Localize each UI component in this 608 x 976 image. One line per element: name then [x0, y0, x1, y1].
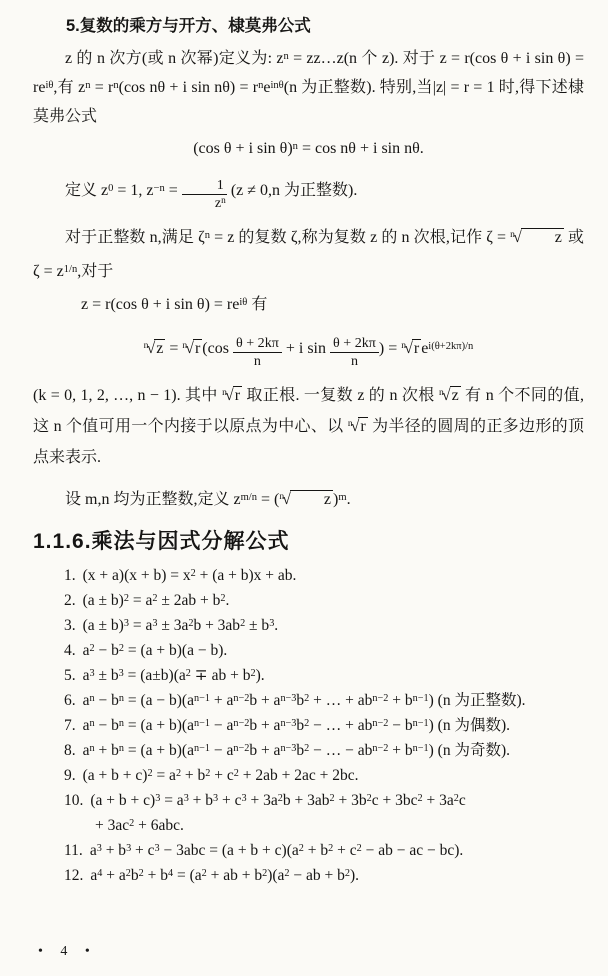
- item-number: 8.: [64, 742, 83, 759]
- item-number: 11.: [64, 842, 90, 859]
- page-number: • 4 •: [38, 944, 97, 960]
- item-number: 3.: [64, 617, 83, 634]
- item-formula: (a ± b)2 = a2 ± 2ab + b2.: [83, 592, 230, 609]
- item-number: 4.: [64, 642, 83, 659]
- item-formula: (x + a)(x + b) = x2 + (a + b)x + ab.: [83, 567, 297, 584]
- formula-item-1: 1.(x + a)(x + b) = x2 + (a + b)x + ab.: [33, 563, 584, 588]
- item-formula: (a ± b)3 = a3 ± 3a2b + 3ab2 ± b3.: [83, 617, 279, 634]
- formula-item-9: 9.(a + b + c)2 = a2 + b2 + c2 + 2ab + 2a…: [33, 763, 584, 788]
- item-number: 6.: [64, 692, 83, 709]
- formula-de-moivre: (cos θ + i sin θ)n = cos nθ + i sin nθ.: [33, 134, 584, 164]
- para-nth-root-definition: 对于正整数 n,满足 ζn = z 的复数 ζ,称为复数 z 的 n 次根,记作…: [33, 221, 584, 289]
- item-formula: (a + b + c)3 = a3 + b3 + c3 + 3a2b + 3ab…: [90, 792, 465, 809]
- para-root-values-polygon: (k = 0, 1, 2, …, n − 1). 其中 n√r 取正根. 一复数…: [33, 380, 584, 473]
- item-formula: a2 − b2 = (a + b)(a − b).: [83, 642, 228, 659]
- formula-item-3: 3.(a ± b)3 = a3 ± 3a2b + 3ab2 ± b3.: [33, 613, 584, 638]
- item-formula: a3 ± b3 = (a±b)(a2 ∓ ab + b2).: [83, 667, 265, 684]
- formula-item-5: 5.a3 ± b3 = (a±b)(a2 ∓ ab + b2).: [33, 663, 584, 688]
- item-formula: a3 + b3 + c3 − 3abc = (a + b + c)(a2 + b…: [90, 842, 463, 859]
- formula-item-10-continuation: + 3ac2 + 6abc.: [33, 813, 584, 838]
- item-formula: an − bn = (a − b)(an−1 + an−2b + an−3b2 …: [83, 692, 526, 709]
- formula-item-10: 10.(a + b + c)3 = a3 + b3 + c3 + 3a2b + …: [33, 788, 584, 813]
- item-number: 10.: [64, 792, 90, 809]
- para-nth-power-definition: z 的 n 次方(或 n 次幂)定义为: zn = zz…z(n 个 z). 对…: [33, 44, 584, 131]
- formula-item-6: 6.an − bn = (a − b)(an−1 + an−2b + an−3b…: [33, 688, 584, 713]
- item-number: 2.: [64, 592, 83, 609]
- section6-heading: 1.1.6.乘法与因式分解公式: [33, 529, 584, 555]
- section5-title: 5.复数的乘方与开方、棣莫弗公式: [33, 12, 584, 40]
- item-number: 7.: [64, 717, 83, 734]
- item-number: 9.: [64, 767, 83, 784]
- formula-nth-root: n√z = n√r(cos θ + 2kπn + i sin θ + 2kπn)…: [33, 326, 584, 372]
- item-number: 5.: [64, 667, 83, 684]
- para-rational-power-definition: 设 m,n 均为正整数,定义 zm/n = (n√z)m.: [33, 484, 584, 516]
- formula-item-2: 2.(a ± b)2 = a2 ± 2ab + b2.: [33, 588, 584, 613]
- line-polar-form: z = r(cos θ + i sin θ) = reiθ 有: [33, 291, 584, 319]
- item-formula: an + bn = (a + b)(an−1 − an−2b + an−3b2 …: [83, 742, 510, 759]
- book-page: 5.复数的乘方与开方、棣莫弗公式 z 的 n 次方(或 n 次幂)定义为: zn…: [0, 0, 608, 976]
- formula-item-4: 4.a2 − b2 = (a + b)(a − b).: [33, 638, 584, 663]
- item-number: 1.: [64, 567, 83, 584]
- item-formula: an − bn = (a + b)(an−1 − an−2b + an−3b2 …: [83, 717, 510, 734]
- item-formula: (a + b + c)2 = a2 + b2 + c2 + 2ab + 2ac …: [83, 767, 359, 784]
- formula-item-11: 11.a3 + b3 + c3 − 3abc = (a + b + c)(a2 …: [33, 838, 584, 863]
- para-zero-negative-power-definition: 定义 z0 = 1, z−n = 1zn (z ≠ 0,n 为正整数).: [33, 171, 584, 211]
- formula-item-12: 12.a4 + a2b2 + b4 = (a2 + ab + b2)(a2 − …: [33, 863, 584, 888]
- formula-item-7: 7.an − bn = (a + b)(an−1 − an−2b + an−3b…: [33, 713, 584, 738]
- formula-item-8: 8.an + bn = (a + b)(an−1 − an−2b + an−3b…: [33, 738, 584, 763]
- item-formula: a4 + a2b2 + b4 = (a2 + ab + b2)(a2 − ab …: [90, 867, 359, 884]
- item-number: 12.: [64, 867, 90, 884]
